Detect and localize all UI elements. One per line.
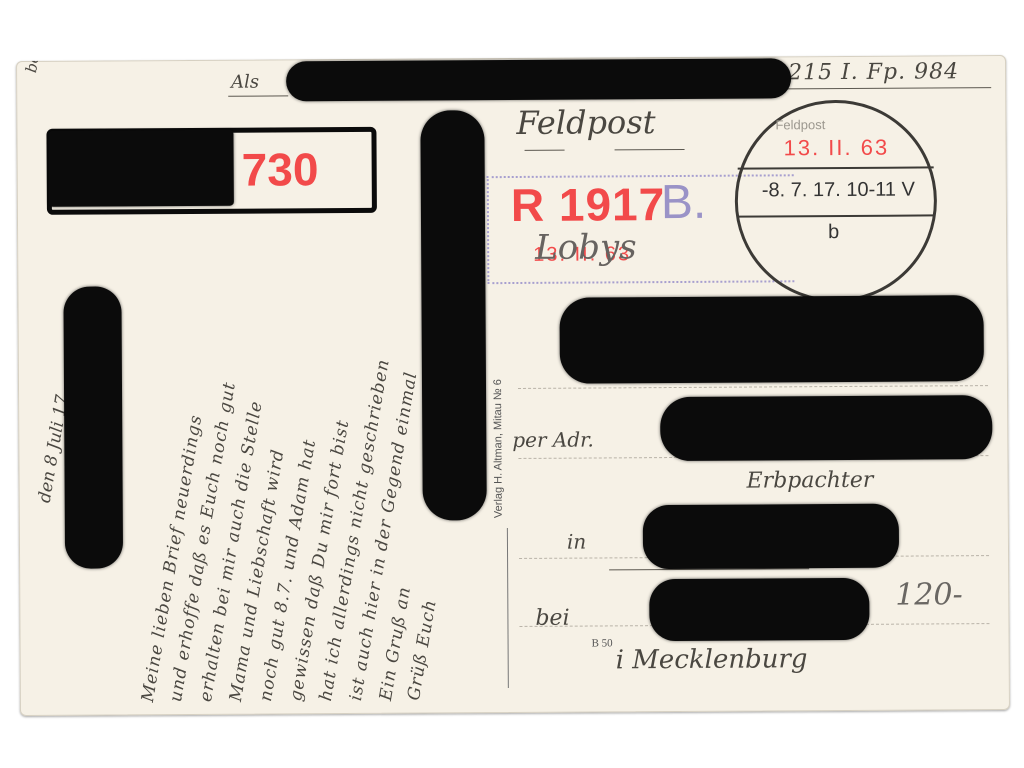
postmark-red-date: 13. II. 63 — [783, 135, 889, 162]
postmark-bottom-letter: b — [828, 221, 839, 244]
message-side-note: bekannt — [22, 55, 50, 74]
censor-number: 730 — [242, 142, 319, 196]
unit-underline — [786, 87, 991, 89]
unit-reference: 215 I. Fp. 984 — [788, 59, 959, 85]
address-occupation: Erbpachter — [747, 468, 874, 494]
address-prefix-per-adr: per Adr. — [512, 428, 594, 452]
feldpost-underline-1 — [525, 150, 565, 151]
feldpost-label: Feldpost — [516, 103, 655, 142]
redaction-address-2 — [660, 395, 992, 461]
registration-code: R 1917 — [511, 177, 666, 232]
censor-number-box: 730 — [46, 127, 377, 215]
redaction-left-vertical — [63, 286, 123, 568]
header-underline — [228, 95, 288, 96]
postmark-bar-top — [738, 166, 934, 169]
publisher-imprint: Verlag H. Altman, Mitau № 6 — [492, 379, 505, 518]
header-note: Als — [231, 72, 259, 93]
address-line-1 — [518, 385, 988, 389]
redaction-address-4 — [649, 578, 869, 641]
registration-pencil-note: Lobys — [535, 227, 637, 268]
postcard: Als 215 I. Fp. 984 730 den 8 Juli 17. be… — [16, 55, 1010, 716]
address-prefix-bei: bei — [535, 606, 569, 631]
postmark-date-line: -8. 7. 17. 10-11 V — [762, 179, 915, 203]
registration-suffix: B. — [661, 175, 707, 230]
redaction-address-3 — [643, 504, 899, 570]
divider-line — [507, 528, 509, 688]
redaction-middle-vertical — [420, 110, 487, 520]
redaction-top — [286, 58, 791, 101]
redaction-address-1 — [559, 295, 984, 384]
address-prefix-in: in — [567, 530, 586, 554]
redaction-censor-box — [48, 130, 233, 207]
form-code: B 50 — [592, 637, 613, 649]
address-region: i Mecklenburg — [616, 644, 808, 675]
pencil-price: 120- — [895, 577, 963, 612]
feldpost-underline-2 — [615, 149, 685, 150]
postmark-top-text: Feldpost — [775, 117, 825, 132]
postmark-bar-bottom — [738, 214, 934, 217]
postmark: Feldpost 13. II. 63 -8. 7. 17. 10-11 V b — [734, 99, 937, 302]
